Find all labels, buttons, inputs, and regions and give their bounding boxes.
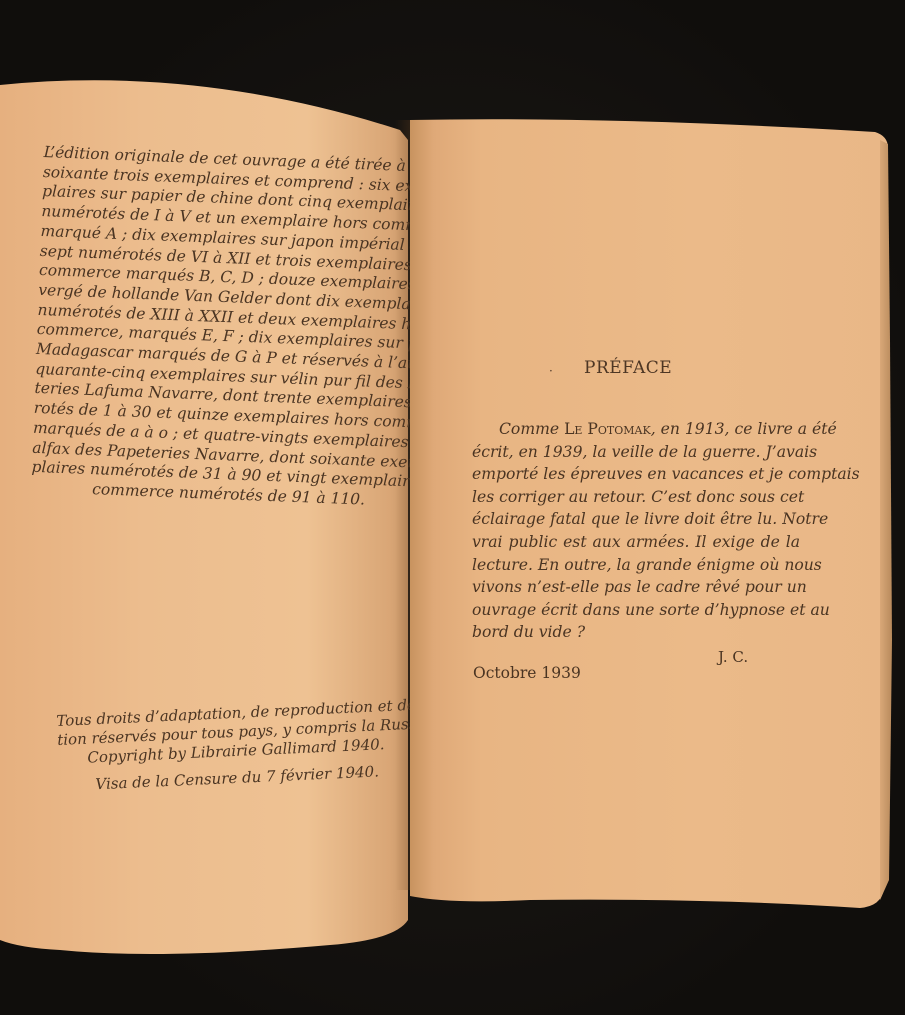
copyright-notice: Tous droits d’adaptation, de reproductio…	[56, 696, 415, 796]
preface-line: lecture. En outre, la grande énigme où n…	[472, 554, 800, 577]
preface-line: écrit, en 1939, la veille de la guerre. …	[472, 441, 800, 464]
preface-text: , en 1913, ce livre a été	[651, 420, 837, 438]
preface-body: Comme Le Potomak, en 1913, ce livre a ét…	[472, 418, 800, 644]
preface-line: emporté les épreuves en vacances et je c…	[472, 463, 800, 486]
book-title-potomak: Le Potomak	[564, 420, 651, 438]
preface-line: éclairage fatal que le livre doit être l…	[472, 508, 800, 531]
preface-text: Comme	[499, 420, 564, 438]
preface-line: ouvrage écrit dans une sorte d’hypnose e…	[472, 599, 800, 622]
preface-line: bord du vide ?	[472, 621, 800, 644]
preface-date: Octobre 1939	[473, 664, 581, 682]
page-title: PRÉFACE	[584, 358, 672, 378]
preface-line: vivons n’est-elle pas le cadre rêvé pour…	[472, 576, 800, 599]
preface-line: Comme Le Potomak, en 1913, ce livre a ét…	[472, 418, 800, 441]
decorative-dot: ·	[549, 364, 553, 378]
preface-line: les corriger au retour. C’est donc sous …	[472, 486, 800, 509]
colophon-limitation-statement: L’édition originale de cet ouvrage a été…	[30, 143, 399, 511]
author-initials: J. C.	[718, 648, 748, 666]
preface-line: vrai public est aux armées. Il exige de …	[472, 531, 800, 554]
